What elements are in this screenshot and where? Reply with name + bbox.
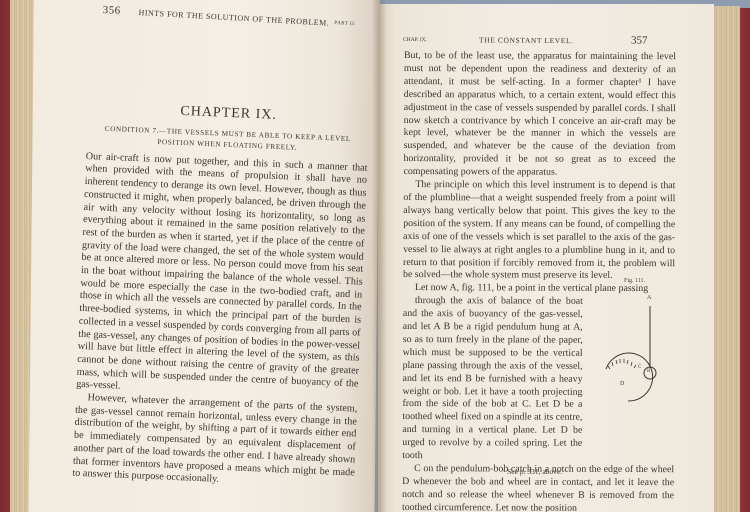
figure-point-a: A [647,295,651,301]
condition-heading: CONDITION 7.—THE VESSELS MUST BE ABLE TO… [86,123,369,157]
figure-point-b: B [647,369,650,374]
footnote: ¹ See p. 331, above. [503,467,562,476]
page-edges-right [710,6,740,512]
figure-point-d: D [620,381,624,387]
right-running-head: THE CONSTANT LEVEL. [479,35,574,45]
part-label: PART II. [334,21,356,27]
left-page-body: CHAPTER IX. CONDITION 7.—THE VESSELS MUS… [72,102,370,492]
right-paragraph-3-wrapped: through the axis of balance of the boat … [402,295,583,464]
figure-label: Fig. 111. [624,278,645,284]
book-gutter [372,0,386,512]
chapter-label: CHAP. IX. [403,37,427,43]
right-paragraph-2: The principle on which this level instru… [403,179,675,283]
right-paragraph-1: But, to be of the least use, the apparat… [403,50,676,180]
right-running-header: CHAP. IX. THE CONSTANT LEVEL. 357 [403,35,703,51]
left-paragraph-1: Our air-craft is now put together, and t… [76,151,368,404]
pendulum-diagram [600,278,680,418]
left-page-number: 356 [102,4,121,17]
figure-111: Fig. 111. A B C D [600,278,680,418]
figure-point-c: C [638,365,641,370]
right-page-number: 357 [631,35,648,47]
left-paragraph-2: However, whatever the arrangement of the… [72,392,357,493]
